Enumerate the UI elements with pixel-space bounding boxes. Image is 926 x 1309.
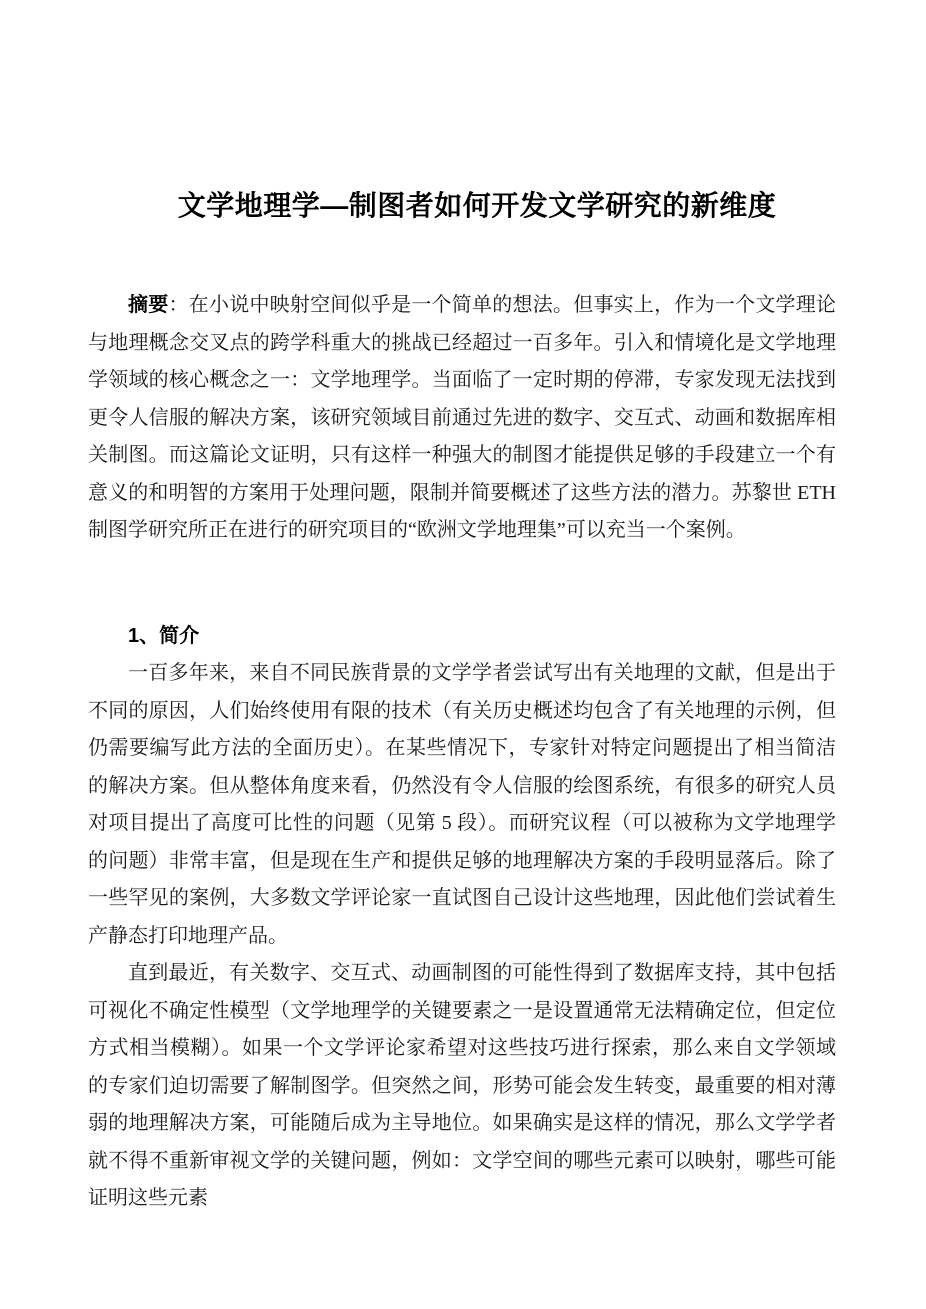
abstract-paragraph: 摘要：在小说中映射空间似乎是一个简单的想法。但事实上，作为一个文学理论与地理概念… bbox=[88, 287, 836, 550]
abstract-text: 在小说中映射空间似乎是一个简单的想法。但事实上，作为一个文学理论与地理概念交叉点… bbox=[88, 294, 836, 541]
section-heading-introduction: 1、简介 bbox=[88, 618, 836, 656]
abstract-label: 摘要 bbox=[128, 294, 168, 316]
abstract-colon: ： bbox=[168, 294, 188, 316]
body-paragraph-1: 一百多年来，来自不同民族背景的文学学者尝试写出有关地理的文献，但是出于不同的原因… bbox=[88, 655, 836, 955]
body-paragraph-2: 直到最近，有关数字、交互式、动画制图的可能性得到了数据库支持，其中包括可视化不确… bbox=[88, 955, 836, 1218]
paper-title: 文学地理学—制图者如何开发文学研究的新维度 bbox=[118, 189, 836, 223]
document-page: 文学地理学—制图者如何开发文学研究的新维度 摘要：在小说中映射空间似乎是一个简单… bbox=[0, 0, 926, 1309]
